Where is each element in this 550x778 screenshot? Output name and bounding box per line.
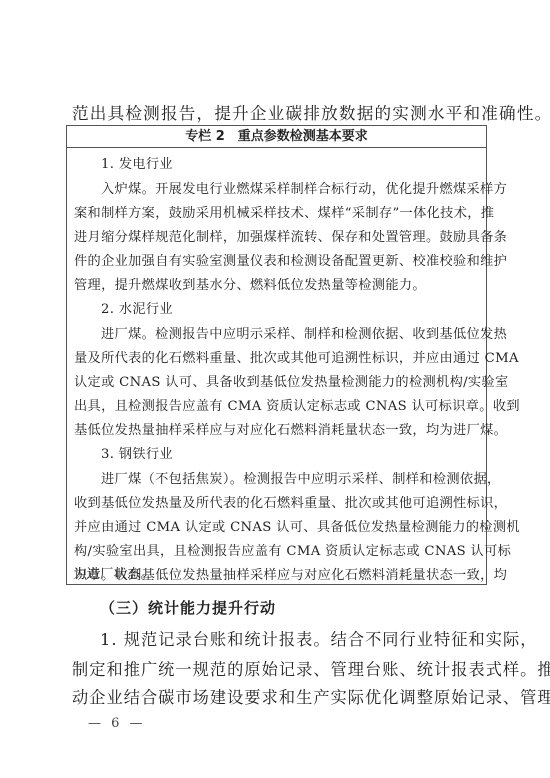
box-line: 件的企业加强自有实验室测量仪表和检测设备配置更新、校准校验和维护 (74, 250, 507, 269)
body-line: 动企业结合碳市场建设要求和生产实际优化调整原始记录、管理 (72, 684, 550, 708)
box-subheading-steel: 3. 钢铁行业 (101, 443, 173, 462)
box-line: 并应由通过 CMA 认定或 CNAS 认可、具备低位发热量检测能力的检测机 (74, 516, 520, 535)
box-title: 专栏 2 重点参数检测基本要求 (67, 126, 486, 148)
section-heading: （三）统计能力提升行动 (100, 597, 276, 618)
body-line: 1. 规范记录台账和统计报表。结合不同行业特征和实际， (100, 626, 537, 650)
box-line: 案和制样方案，鼓励采用机械采样技术、煤样“采制存”一体化技术，推 (74, 202, 494, 221)
box-line: 进厂煤。检测报告中应明示采样、制样和检测依据、收到基低位发热 (101, 323, 507, 342)
box-line: 管理，提升燃煤收到基水分、燃料低位发热量等检测能力。 (74, 274, 426, 293)
box-line-last: 为进厂状态。 (73, 563, 154, 582)
box-line: 进月缩分煤样规范化制样，加强煤样流转、保存和处置管理。鼓励具备条 (74, 226, 507, 245)
box-line: 基低位发热量抽样采样应与对应化石燃料消耗量状态一致，均为进厂煤。 (74, 419, 507, 438)
box-subheading-power: 1. 发电行业 (101, 153, 173, 172)
box-line: 入炉煤。开展发电行业燃煤采样制样合标行动，优化提升燃煤采样方 (101, 178, 507, 197)
box-line: 量及所代表的化石燃料重量、批次或其他可追溯性标识，并应由通过 CMA (74, 347, 519, 366)
body-line: 制定和推广统一规范的原始记录、管理台账、统计报表式样。推 (72, 656, 550, 680)
sidebar-box-key-parameter-testing: 专栏 2 重点参数检测基本要求 1. 发电行业 入炉煤。开展发电行业燃煤采样制样… (66, 125, 487, 585)
box-line: 认定或 CNAS 认可、具备收到基低位发热量检测能力的检测机构/实验室 (74, 371, 509, 390)
box-line: 进厂煤（不包括焦炭）。检测报告中应明示采样、制样和检测依据， (101, 468, 501, 487)
box-line: 出具，且检测报告应盖有 CMA 资质认定标志或 CNAS 认可标识章。收到 (74, 395, 520, 414)
box-line: 构/实验室出具，且检测报告应盖有 CMA 资质认定标志或 CNAS 认可标 (74, 540, 511, 559)
box-subheading-cement: 2. 水泥行业 (101, 298, 173, 317)
paragraph-continuation: 范出具检测报告，提升企业碳排放数据的实测水平和准确性。 (72, 100, 550, 124)
page-number: — 6 — (88, 716, 146, 731)
box-line: 收到基低位发热量及所代表的化石燃料重量、批次或其他可追溯性标识， (74, 492, 507, 511)
